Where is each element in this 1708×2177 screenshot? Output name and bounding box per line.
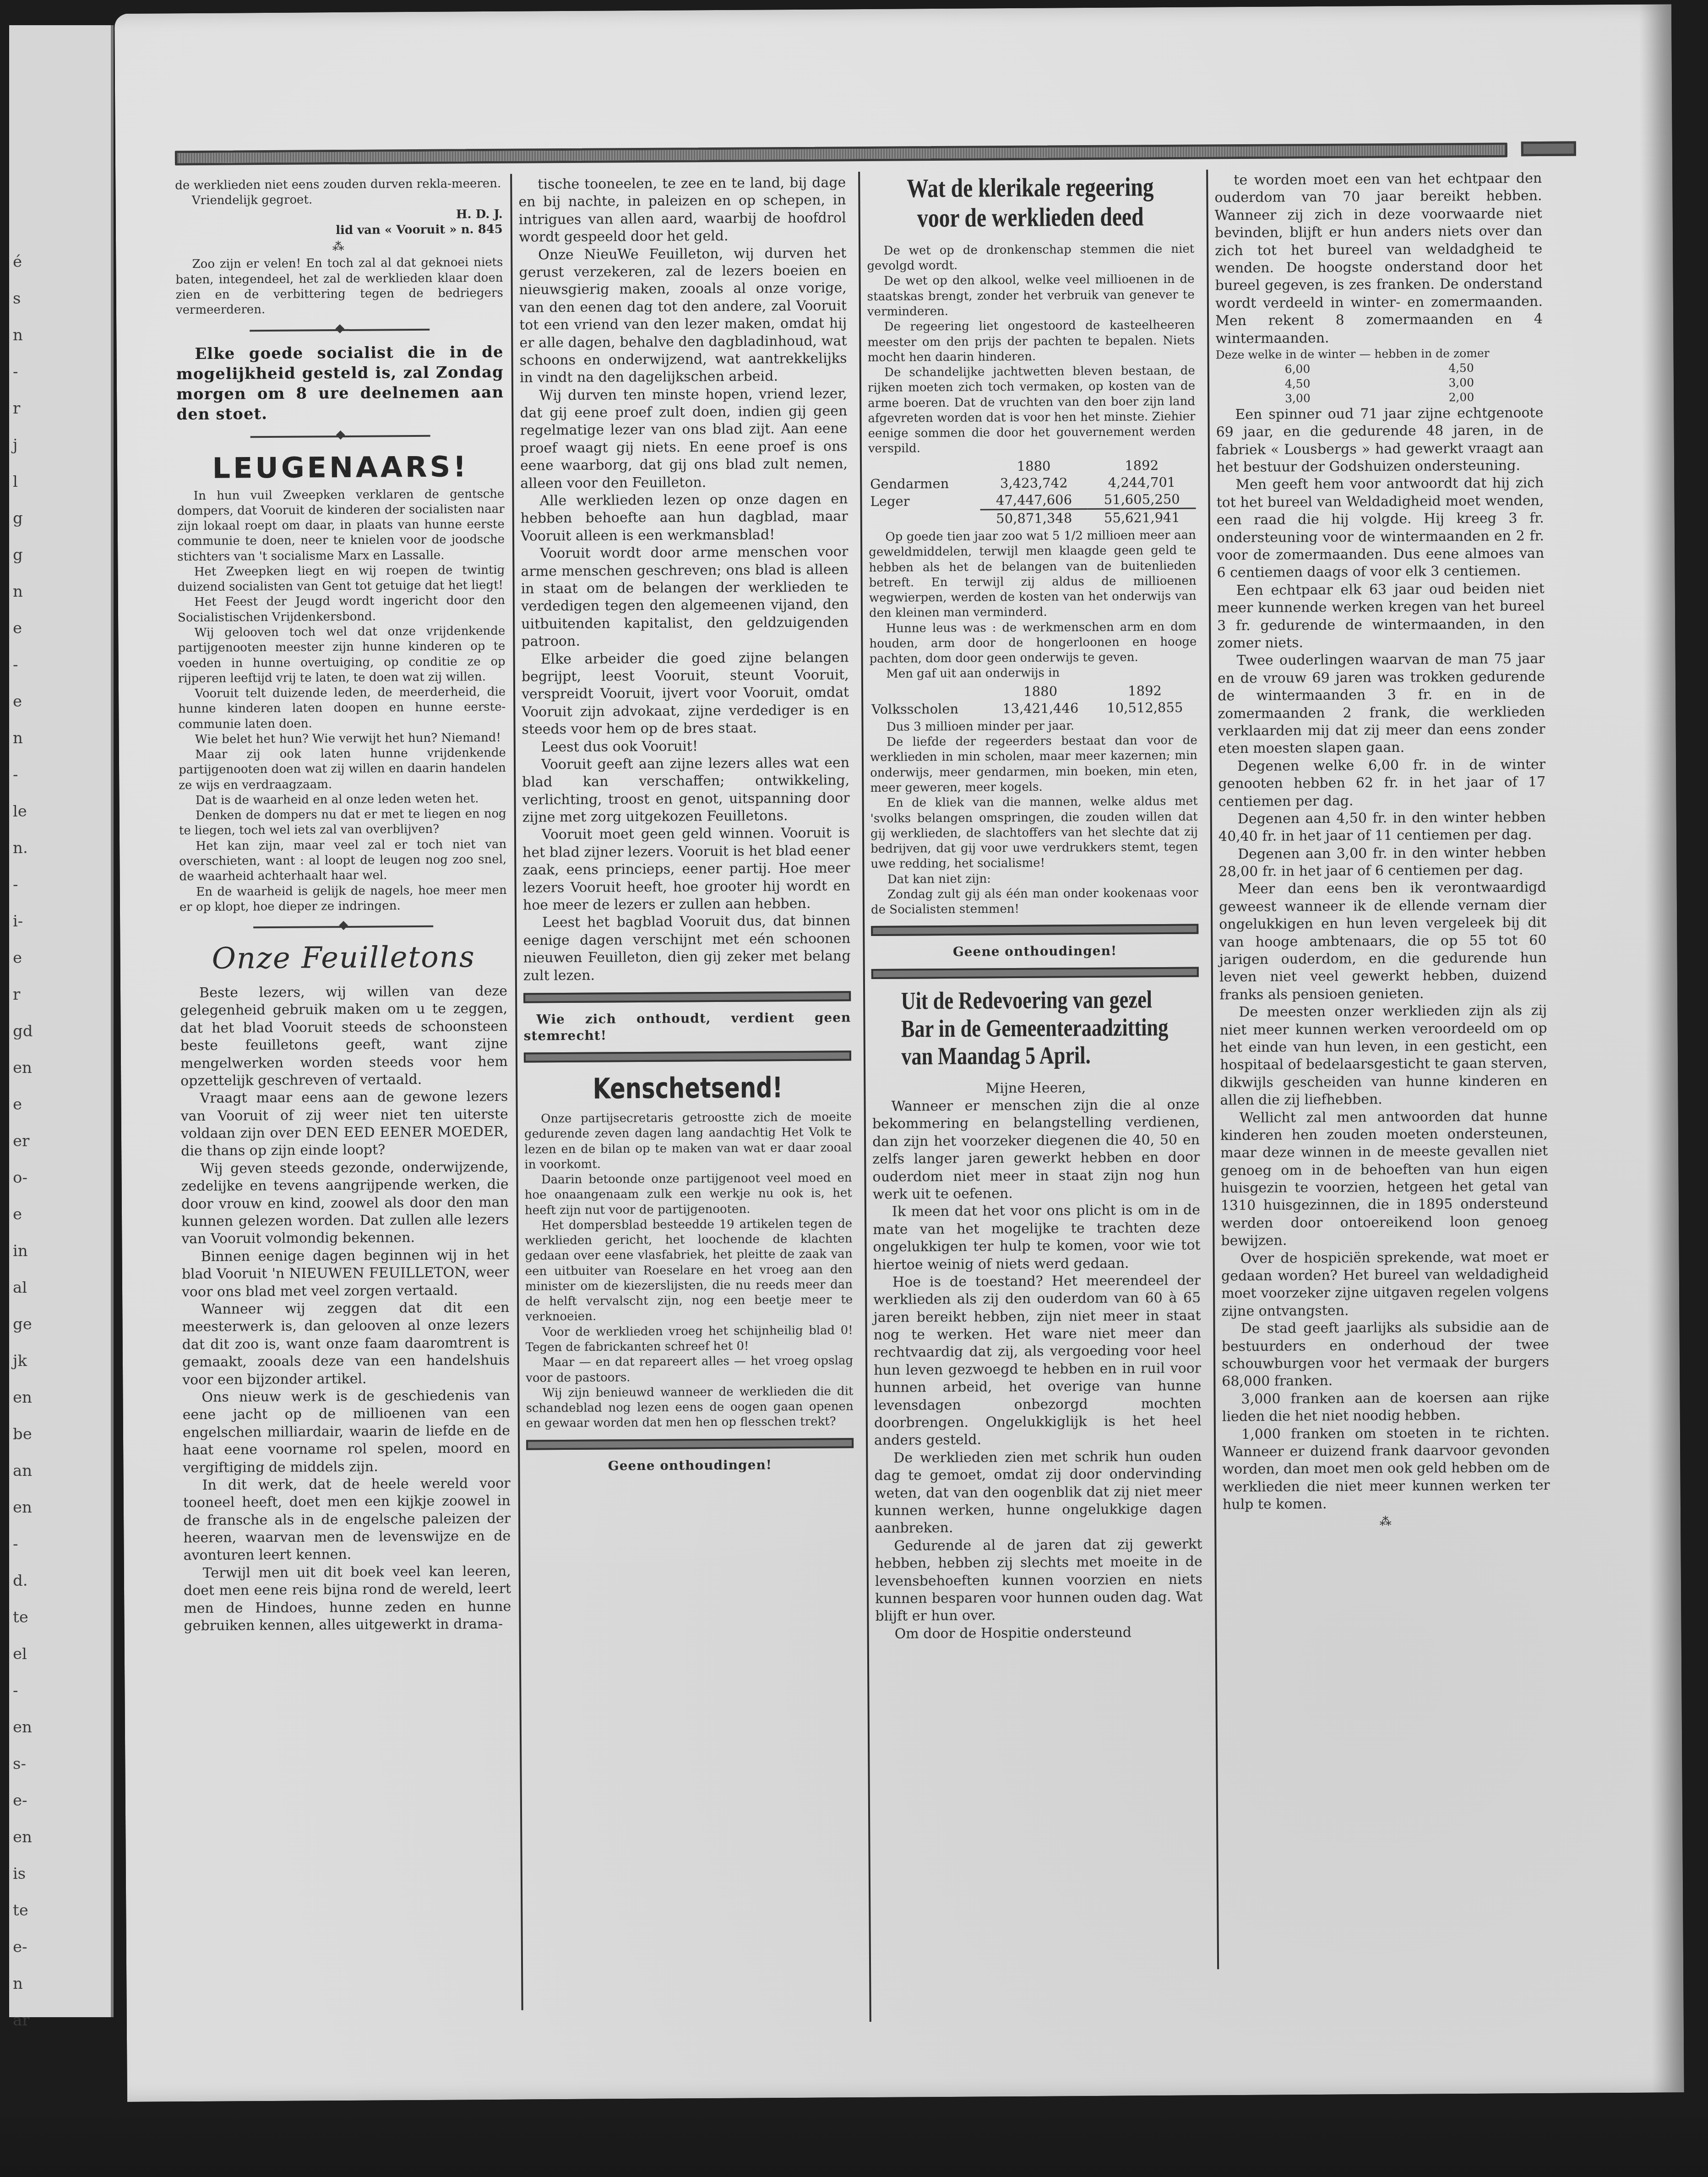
paragraph: Wie belet het hun? Wie verwijt het hun? … (179, 730, 506, 748)
cut-off-text-fragment: e (13, 694, 22, 709)
paragraph: Onze NieuWe Feuilleton, wij durven het g… (519, 245, 847, 387)
asterism: ⁂ (175, 241, 503, 254)
article-title-leugenaars: LEUGENAARS! (177, 448, 504, 487)
paragraph: Dus 3 millioen minder per jaar. (870, 718, 1197, 735)
ornament-divider (250, 328, 430, 331)
paragraph: Over de hospiciën sprekende, wat moet er… (1221, 1248, 1549, 1321)
paragraph: Twee ouderlingen waarvan de man 75 jaar … (1218, 650, 1545, 758)
cut-off-text-fragment: d. (13, 1573, 28, 1589)
cut-off-text-fragment: s- (13, 1756, 26, 1772)
cut-off-text-fragment: - (13, 657, 18, 673)
allowance-header-winter: Deze welke in de winter (1216, 347, 1356, 361)
boxed-notice: Wie zich onthoudt, verdient geen stemrec… (523, 1009, 851, 1044)
salutation: Mijne Heeren, (872, 1078, 1199, 1098)
cut-off-text-fragment: e (13, 620, 22, 636)
cut-off-text-fragment: be (13, 1426, 32, 1442)
paragraph: tische tooneelen, te zee en te land, bij… (518, 174, 846, 246)
cut-off-text-fragment: r (13, 987, 20, 1002)
article-body-leugenaars: In hun vuil Zweepken verklaren de gentsc… (177, 486, 507, 915)
cut-off-text-fragment: is (13, 1866, 26, 1882)
paragraph: Hoe is de toestand? Het meerendeel der w… (873, 1272, 1202, 1449)
table-row: Gendarmen3,423,7424,244,701 (868, 473, 1196, 492)
notice-stoet: Elke goede socialist die in de mogelijkh… (176, 342, 504, 425)
paragraph: Vooruit wordt door arme menschen voor ar… (521, 543, 849, 651)
paragraph: Wij gelooven toch wel dat onze vrijdenke… (178, 624, 506, 686)
page-edge-shadow (1639, 4, 1684, 2092)
article-title-feuilletons: Onze Feuilletons (180, 939, 507, 978)
paragraph: Binnen eenige dagen beginnen wij in het … (181, 1246, 509, 1301)
paragraph: Zoo zijn er velen! En toch zal al dat ge… (175, 255, 503, 318)
cut-off-text-fragment: l (13, 474, 18, 490)
paragraph: Dat kan niet zijn: (870, 870, 1198, 887)
spending-table: 18801892Gendarmen3,423,7424,244,701Leger… (868, 457, 1196, 528)
paragraph: De meesten onzer werklieden zijn als zij… (1219, 1002, 1547, 1110)
newspaper-page: de werklieden niet eens zouden durven re… (114, 4, 1684, 2102)
paragraph: De wet op den alkool, welke veel millioe… (867, 272, 1195, 320)
cut-off-text-fragment: e (13, 950, 22, 966)
table-row: 3,002,00 (1216, 390, 1543, 406)
article-title-regeering: Wat de klerikale regeering voor de werkl… (896, 172, 1165, 233)
paragraph: De wet op de dronkenschap stemmen die ni… (867, 242, 1194, 274)
cut-off-text-fragment: e (13, 1207, 22, 1222)
asterism: ⁂ (1223, 1515, 1550, 1528)
paragraph: Vraagt maar eens aan de gewone lezers va… (180, 1088, 508, 1160)
cut-off-text-fragment: jk (13, 1353, 27, 1369)
cut-off-text-fragment: n (13, 730, 23, 746)
paragraph: Zondag zult gij als één man onder kooken… (871, 885, 1198, 918)
header-rule (175, 142, 1507, 165)
cut-off-text-fragment: - (13, 364, 18, 380)
paragraph: Een spinner oud 71 jaar zijne echtgenoot… (1216, 404, 1544, 477)
cut-off-text-fragment: te (13, 1610, 28, 1625)
greeting: Vriendelijk gegroet. (175, 191, 502, 209)
box-rule (526, 1438, 854, 1450)
paragraph: Maar — en dat repareert alles — het vroe… (526, 1353, 853, 1386)
box-rule (524, 1050, 851, 1062)
table-row: Leger47,447,60651,605,250 (868, 490, 1196, 510)
column-4: te worden moet een van het echtpaar den … (1214, 170, 1550, 1532)
cut-off-text-fragment: en (13, 1060, 32, 1076)
article-body-kenschetsend: Onze partijsecretaris getroostte zich de… (524, 1110, 854, 1431)
paragraph: Om door de Hospitie ondersteund (876, 1623, 1203, 1643)
cut-off-text-fragment: n (13, 1976, 23, 1992)
cut-off-text-fragment: r (13, 401, 20, 416)
boxed-notice: Geene onthoudingen! (871, 942, 1198, 961)
cut-off-text-fragment: n (13, 327, 23, 343)
cut-off-text-fragment: al (13, 1280, 27, 1295)
cut-off-text-fragment: en (13, 1500, 32, 1515)
table-total-row: 50,871,34855,621,941 (869, 508, 1196, 528)
cut-off-text-fragment: er (13, 1133, 29, 1149)
article-title-kenschetsend: Kenschetsend! (557, 1069, 819, 1107)
paragraph: Wellicht zal men antwoorden dat hunne ki… (1220, 1107, 1549, 1250)
allowance-table-header: Deze welke in de winter — hebben in de z… (1215, 346, 1543, 362)
paragraph: Beste lezers, wij willen van deze gelege… (180, 983, 508, 1090)
box-rule (871, 924, 1198, 936)
article-body-feuilleton-continued: tische tooneelen, te zee en te land, bij… (518, 174, 851, 985)
cut-off-text-fragment: n (13, 584, 23, 599)
adjacent-page-strip: ésn-rjlggne-en-len.-i-ergdeneero-einalge… (9, 25, 114, 2017)
cut-off-text-fragment: an (13, 1463, 32, 1479)
intro-text: de werklieden niet eens zouden durven re… (175, 176, 502, 194)
paragraph: Ons nieuw werk is de geschiedenis van ee… (182, 1387, 510, 1477)
paragraph: Een echtpaar elk 63 jaar oud beiden niet… (1217, 580, 1545, 653)
cut-off-text-fragment: é (13, 254, 22, 270)
article-body-regeering: De wet op de dronkenschap stemmen die ni… (867, 242, 1196, 457)
cut-off-text-fragment: o- (13, 1170, 27, 1186)
cut-off-text-fragment: - (13, 1536, 18, 1552)
cut-off-text-fragment: - (13, 877, 18, 893)
cut-off-text-fragment: el (13, 1646, 27, 1662)
cut-off-text-fragment: in (13, 1243, 28, 1259)
paragraph: Ik meen dat het voor ons plicht is om in… (873, 1202, 1201, 1274)
article-body-redevoering-continued-b: Een spinner oud 71 jaar zijne echtgenoot… (1216, 404, 1550, 1514)
paragraph: En de waarheid is gelijk de nagels, hoe … (180, 882, 507, 915)
article-body-regeering-b: Op goede tien jaar zoo wat 5 1/2 millioe… (869, 528, 1197, 682)
paragraph: Men geeft hem voor antwoordt dat hij zic… (1216, 474, 1544, 582)
allowance-header-separator: — (1359, 347, 1371, 360)
paragraph: De stad geeft jaarlijks als subsidie aan… (1221, 1318, 1549, 1391)
article-body-redevoering-continued: te worden moet een van het echtpaar den … (1214, 170, 1543, 348)
paragraph: Degenen aan 3,00 fr. in den winter hebbe… (1218, 844, 1546, 881)
ornament-divider (253, 925, 433, 928)
paragraph: Terwijl men uit dit boek veel kan leeren… (184, 1563, 511, 1635)
cut-off-text-fragment: ge (13, 1317, 32, 1332)
cut-off-text-fragment: e- (13, 1793, 27, 1808)
paragraph: Voor de werklieden vroeg het schijnheili… (526, 1323, 853, 1355)
paragraph: Wij geven steeds gezonde, onderwijzende,… (181, 1159, 509, 1248)
cut-off-text-fragment: en (13, 1829, 32, 1845)
cut-off-text-fragment: en (13, 1720, 32, 1735)
scan-shadow (0, 2108, 1708, 2177)
paragraph: De werklieden zien met schrik hun ouden … (874, 1448, 1202, 1537)
box-rule (871, 967, 1199, 979)
paragraph: Men gaf uit aan onderwijs in (870, 665, 1197, 682)
paragraph: Het Feest der Jeugd wordt ingericht door… (178, 593, 505, 626)
paragraph: De schandelijke jachtwetten bleven besta… (868, 364, 1196, 457)
cut-off-text-fragment: gd (13, 1023, 33, 1039)
paragraph: Degenen welke 6,00 fr. in de winter geno… (1218, 756, 1546, 811)
header-rule-stub (1521, 142, 1576, 157)
article-body-regeering-c: Dus 3 millioen minder per jaar.De liefde… (870, 718, 1198, 918)
signature-member: lid van « Vooruit » n. 845 (175, 222, 503, 239)
paragraph: Degenen aan 4,50 fr. in den winter hebbe… (1218, 809, 1546, 846)
allowance-header-summer: hebben in de zomer (1374, 347, 1489, 361)
paragraph: Leest dus ook Vooruit! (522, 737, 849, 757)
closing-notice: Geene onthoudingen! (526, 1456, 854, 1475)
column-1: de werklieden niet eens zouden durven re… (175, 176, 511, 1635)
article-body-feuilletons: Beste lezers, wij willen van deze gelege… (180, 983, 511, 1635)
table-header: 18801892 (870, 682, 1197, 701)
paragraph: Het Zweepken liegt en wij roepen de twin… (177, 563, 505, 595)
cut-off-text-fragment: e- (13, 1939, 27, 1955)
paragraph: Hunne leus was : de werkmenschen arm en … (869, 619, 1197, 667)
paragraph: Alle werklieden lezen op onze dagen en h… (520, 490, 848, 545)
paragraph: Op goede tien jaar zoo wat 5 1/2 millioe… (869, 528, 1197, 621)
paragraph: Vooruit moet geen geld winnen. Vooruit i… (522, 825, 850, 914)
paragraph: Meer dan eens ben ik verontwaardigd gewe… (1219, 879, 1547, 1004)
cut-off-text-fragment: i- (13, 914, 23, 929)
paragraph: 1,000 franken om stoeten in te richten. … (1222, 1424, 1550, 1513)
paragraph: Maar zij ook laten hunne vrijdenkende pa… (179, 746, 506, 793)
cut-off-text-fragment: ar (13, 2013, 30, 2028)
cut-off-text-fragment: e (13, 1097, 22, 1112)
paragraph: Wij durven ten minste hopen, vriend leze… (520, 385, 848, 493)
paragraph: te worden moet een van het echtpaar den … (1214, 170, 1543, 348)
cut-off-text-fragment: g (13, 547, 23, 563)
paragraph: De liefde der regeerders bestaat dan voo… (870, 733, 1198, 796)
paragraph: Onze partijsecretaris getroostte zich de… (524, 1110, 852, 1172)
paragraph: 3,000 franken aan de koersen aan rijke l… (1222, 1389, 1549, 1426)
cut-off-text-fragment: - (13, 1683, 18, 1698)
paragraph: Het kan zijn, maar veel zal er toch niet… (179, 837, 507, 885)
article-title-redevoering: Uit de Redevoering van gezel Bar in de G… (901, 985, 1169, 1070)
allowance-table: 6,004,504,503,003,002,00 (1216, 360, 1544, 406)
cut-off-text-fragment: g (13, 511, 23, 526)
paragraph: In hun vuil Zweepken verklaren de gentsc… (177, 486, 505, 565)
paragraph: Daarin betoonde onze partijgenoot veel m… (524, 1170, 852, 1218)
cut-off-text-fragment: s (13, 291, 21, 306)
paragraph: Wanneer er menschen zijn die al onze bek… (872, 1096, 1200, 1204)
paragraph: Het dompersblad besteedde 19 artikelen t… (525, 1216, 853, 1325)
cut-off-text-fragment: le (13, 804, 27, 819)
cut-off-text-fragment: - (13, 767, 18, 783)
paragraph: In dit werk, dat de heele wereld voor to… (183, 1475, 511, 1565)
paragraph: En de kliek van die mannen, welke aldus … (870, 794, 1198, 872)
paragraph: Vooruit telt duizende leden, de meerderh… (178, 685, 506, 732)
ornament-divider (250, 435, 430, 438)
paragraph: Leest het bagblad Vooruit dus, dat binne… (523, 913, 851, 985)
paragraph: Vooruit geeft aan zijne lezers alles wat… (522, 754, 850, 827)
table-header: 18801892 (868, 457, 1196, 475)
paragraph: Elke arbeider die goed zijne belangen be… (522, 649, 849, 739)
paragraph: Wanneer wij zeggen dat dit een meesterwe… (182, 1299, 510, 1389)
paragraph: Denken de dompers nu dat er met te liege… (179, 806, 506, 839)
paragraph: Wij zijn benieuwd wanneer de werklieden … (526, 1384, 854, 1431)
cut-off-text-fragment: j (13, 437, 18, 453)
table-row: Volksscholen13,421,44610,512,855 (870, 699, 1197, 718)
paragraph: Gedurende al de jaren dat zij gewerkt he… (875, 1535, 1202, 1625)
paragraph: De regeering liet ongestoord de kasteelh… (867, 318, 1195, 365)
signature-name: H. D. J. (175, 207, 503, 224)
cut-off-text-fragment: en (13, 1390, 32, 1405)
cut-off-text-fragment: n. (13, 840, 28, 856)
table-row: 6,004,50 (1216, 360, 1543, 377)
column-2: tische tooneelen, te zee en te land, bij… (518, 174, 854, 1478)
education-table: 18801892Volksscholen13,421,44610,512,855 (870, 682, 1197, 718)
table-row: 4,503,00 (1216, 375, 1543, 392)
article-body-redevoering: Wanneer er menschen zijn die al onze bek… (872, 1096, 1202, 1643)
cut-off-text-fragment: te (13, 1903, 28, 1918)
paragraph: Dat is de waarheid en al onze leden wete… (179, 791, 506, 809)
box-rule (523, 991, 851, 1003)
column-3: Wat de klerikale regeering voor de werkl… (866, 172, 1203, 1643)
